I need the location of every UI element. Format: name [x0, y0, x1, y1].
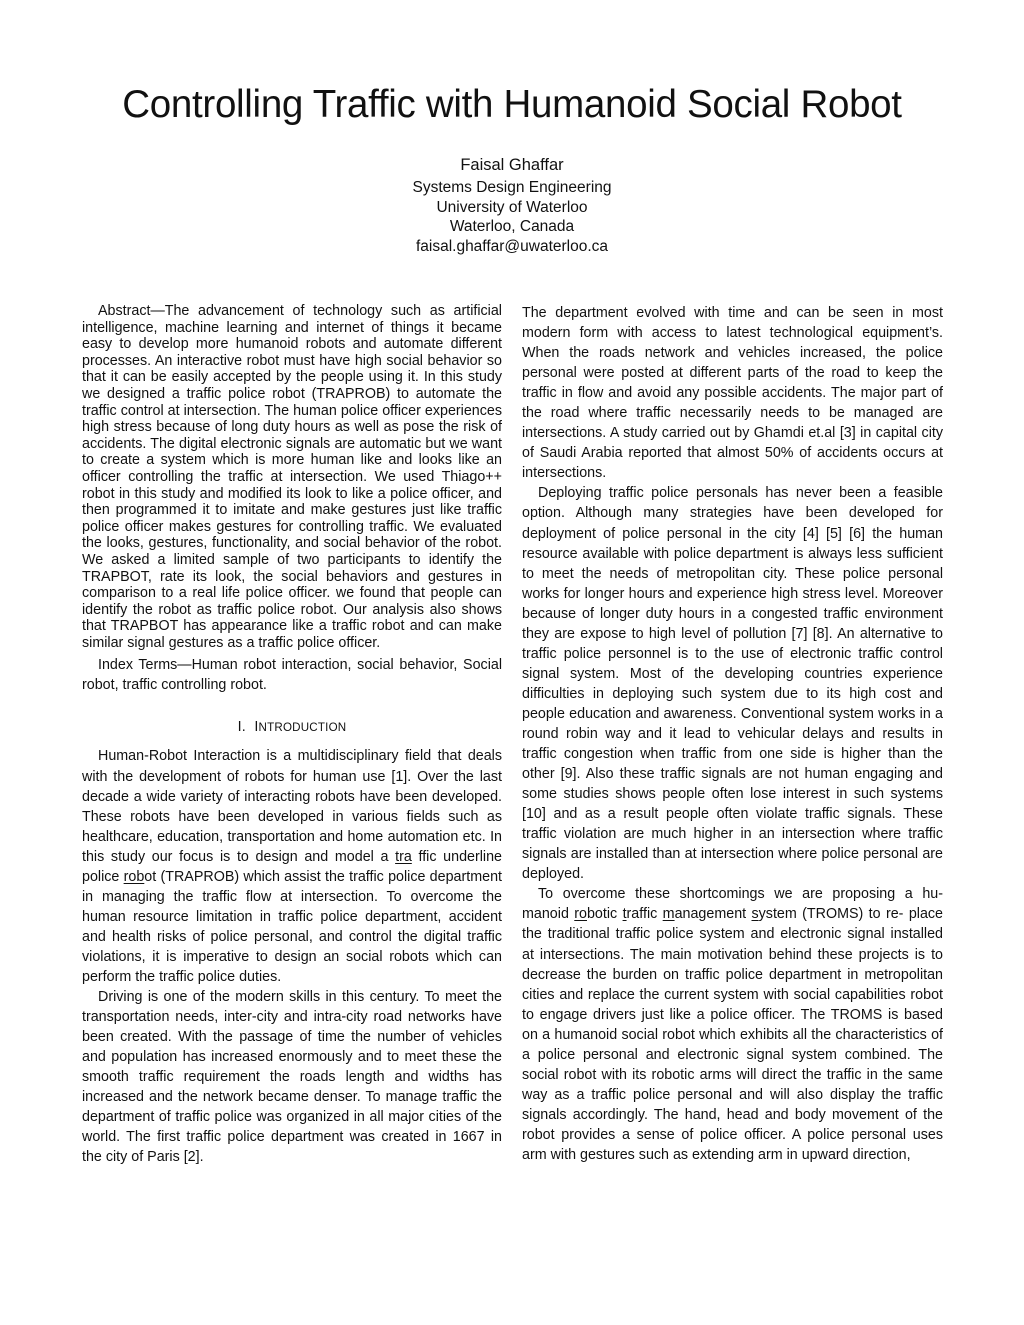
- index-terms: Index Terms—Human robot interaction, soc…: [82, 656, 502, 695]
- abstract-text: The advancement of technology such as ar…: [82, 303, 502, 651]
- index-terms-label: Index Terms—: [98, 657, 192, 673]
- body-paragraph-continued: The department evolved with time and can…: [522, 303, 943, 483]
- body-paragraph-troms: To overcome these shortcomings we are pr…: [522, 884, 943, 1165]
- abstract-paragraph: Abstract—The advancement of technology s…: [82, 303, 502, 651]
- text-run: ystem (TROMS) to re- place the tradition…: [522, 906, 943, 1163]
- left-column: Abstract—The advancement of technology s…: [82, 303, 502, 1167]
- body-paragraph-deploying: Deploying traffic police personals has n…: [522, 483, 943, 884]
- section-heading-introduction: I. INTRODUCTION: [82, 717, 502, 738]
- section-numeral: I.: [238, 719, 246, 735]
- intro-paragraph-2: Driving is one of the modern skills in t…: [82, 987, 502, 1167]
- underlined-text: ro: [574, 906, 587, 922]
- intro-paragraph-1: Human-Robot Interaction is a multidiscip…: [82, 746, 502, 987]
- author-block: Faisal Ghaffar Systems Design Engineerin…: [0, 155, 1024, 257]
- underlined-text: m: [663, 906, 675, 922]
- underlined-text: tra: [395, 849, 412, 865]
- introduction-body: Human-Robot Interaction is a multidiscip…: [82, 746, 502, 1167]
- section-title-rest: NTRODUCTION: [259, 721, 347, 734]
- abstract-section: Abstract—The advancement of technology s…: [82, 303, 502, 695]
- right-column-body: The department evolved with time and can…: [522, 303, 943, 1165]
- paper-title: Controlling Traffic with Humanoid Social…: [0, 82, 1024, 128]
- text-run: Human-Robot Interaction is a multidiscip…: [82, 748, 502, 864]
- underlined-text: rob: [124, 869, 145, 885]
- author-name: Faisal Ghaffar: [0, 155, 1024, 176]
- author-email: faisal.ghaffar@uwaterloo.ca: [0, 237, 1024, 257]
- author-institution: University of Waterloo: [0, 198, 1024, 218]
- author-location: Waterloo, Canada: [0, 217, 1024, 237]
- author-department: Systems Design Engineering: [0, 178, 1024, 198]
- text-run: ot (TRAPROB) which assist the traffic po…: [82, 869, 502, 985]
- underlined-text: s: [752, 906, 759, 922]
- text-run: raffic: [627, 906, 663, 922]
- abstract-label: Abstract—: [98, 303, 165, 319]
- text-run: anagement: [675, 906, 752, 922]
- right-column: The department evolved with time and can…: [522, 303, 943, 1165]
- text-run: botic: [587, 906, 623, 922]
